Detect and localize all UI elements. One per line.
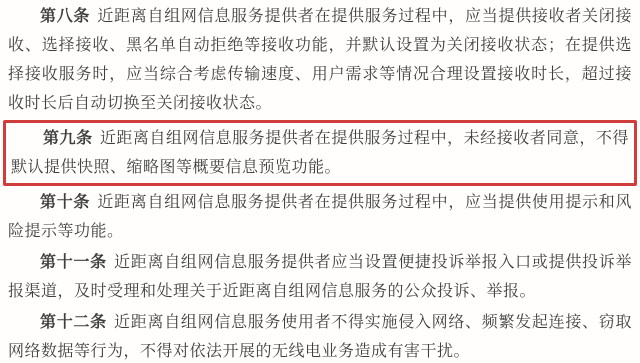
article-paragraph: 第八条近距离自组网信息服务提供者在提供服务过程中，应当提供接收者关闭接收、选择接…	[8, 2, 632, 118]
article-number: 第九条	[43, 130, 93, 147]
article-text: 近距离自组网信息服务提供者在提供服务过程中，未经接收者同意，不得默认提供快照、缩…	[11, 130, 629, 176]
document-page: 第八条近距离自组网信息服务提供者在提供服务过程中，应当提供接收者关闭接收、选择接…	[0, 0, 640, 363]
article-number: 第十条	[40, 194, 90, 211]
article-number: 第十二条	[40, 314, 107, 331]
article-paragraph: 第十一条近距离自组网信息服务提供者应当设置便捷投诉举报入口或提供投诉举报渠道，及…	[8, 248, 632, 306]
article-number: 第八条	[40, 8, 90, 25]
article-text: 近距离自组网信息服务提供者在提供服务过程中，应当提供接收者关闭接收、选择接收、黑…	[8, 8, 632, 112]
article-paragraph: 第十条近距离自组网信息服务提供者在提供服务过程中，应当提供使用提示和风险提示等功…	[8, 188, 632, 246]
article-number: 第十一条	[40, 254, 107, 271]
article-paragraph-highlighted: 第九条近距离自组网信息服务提供者在提供服务过程中，未经接收者同意，不得默认提供快…	[11, 124, 629, 182]
article-text: 近距离自组网信息服务提供者在提供服务过程中，应当提供使用提示和风险提示等功能。	[8, 194, 632, 240]
article-paragraph: 第十二条近距离自组网信息服务使用者不得实施侵入网络、频繁发起连接、窃取网络数据等…	[8, 308, 632, 363]
highlight-box: 第九条近距离自组网信息服务提供者在提供服务过程中，未经接收者同意，不得默认提供快…	[3, 120, 637, 186]
